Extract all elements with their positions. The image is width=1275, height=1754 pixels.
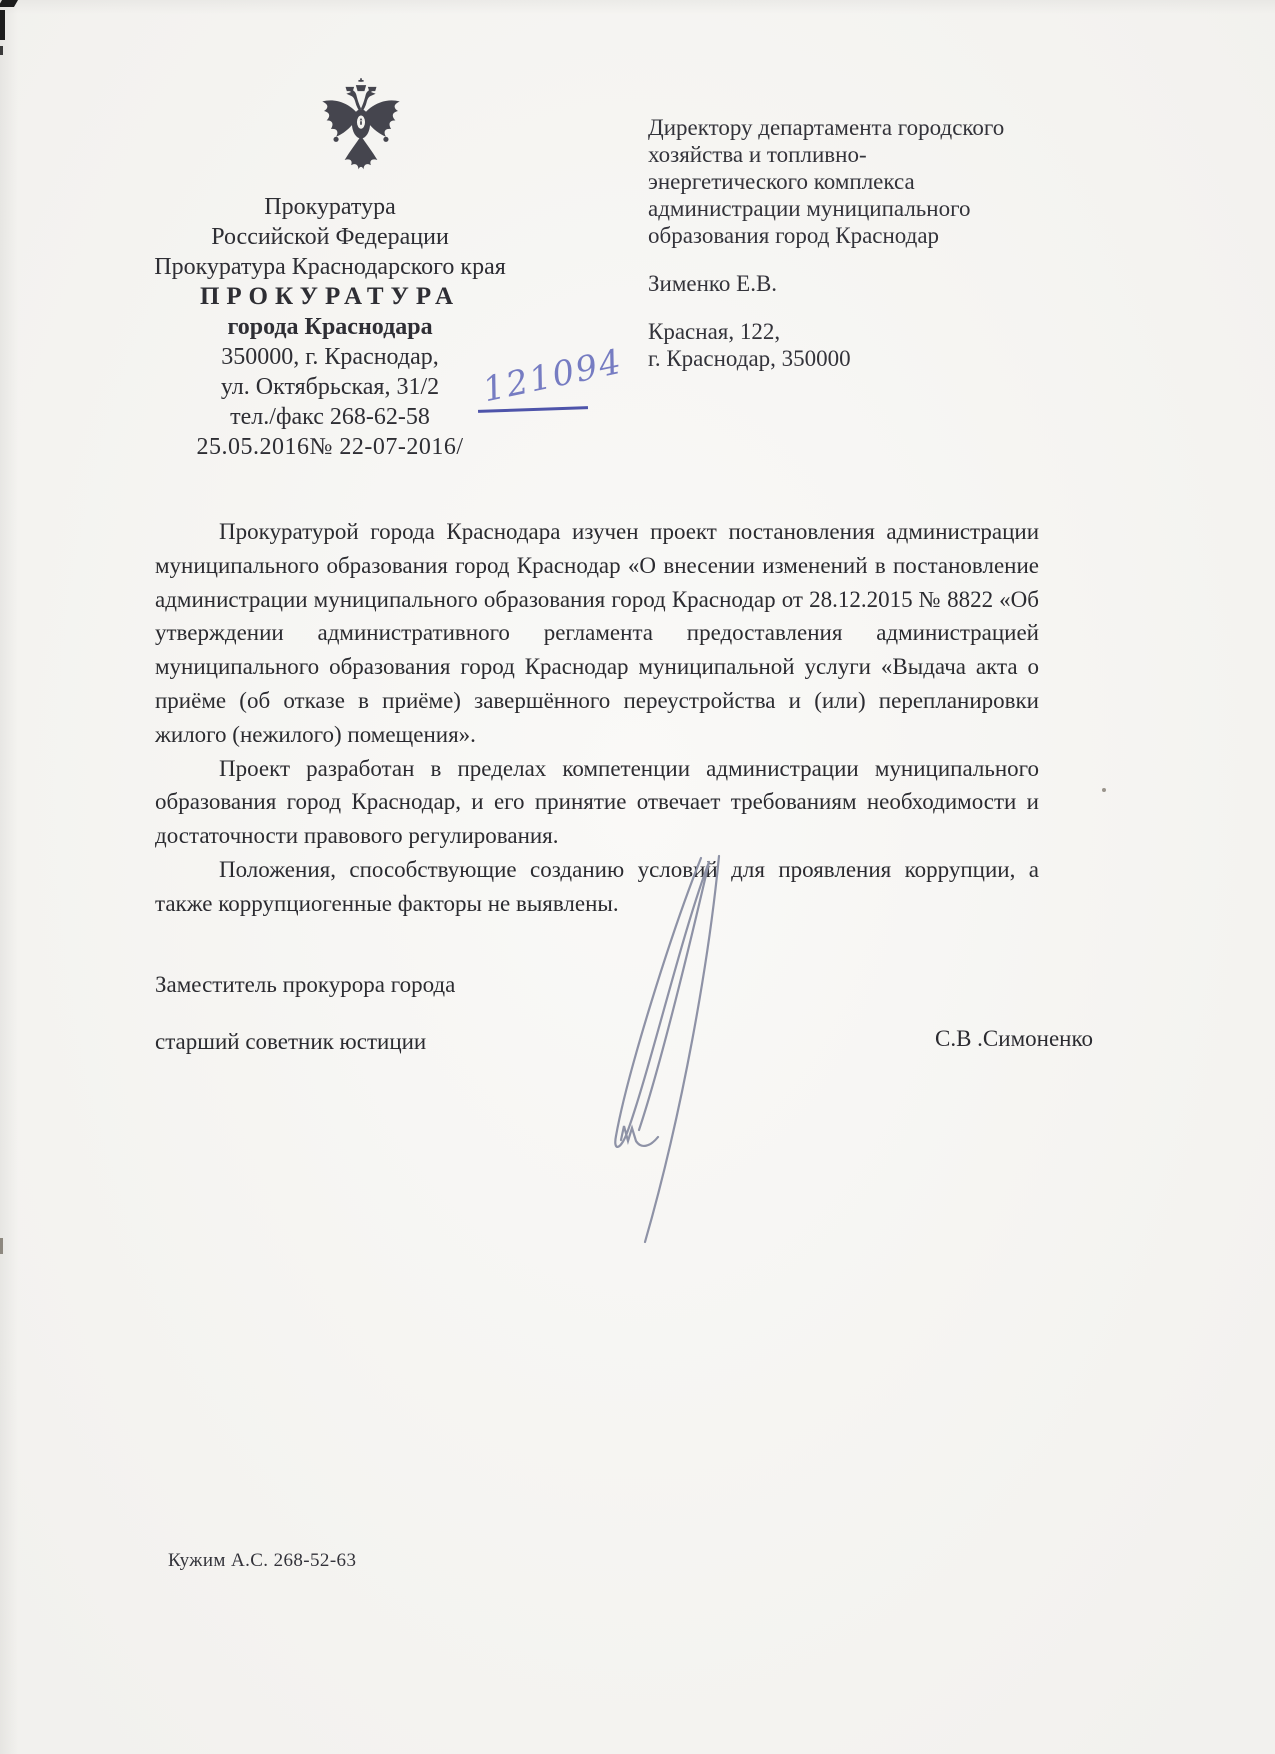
scan-artifact	[0, 1238, 3, 1254]
org-name-sub: города Краснодара	[95, 312, 565, 342]
addressee-street: Красная, 122,	[648, 318, 1068, 345]
org-line-3: Прокуратура Краснодарского края	[95, 252, 565, 282]
body-paragraph-2: Проект разработан в пределах компетенции…	[155, 752, 1039, 853]
executor-contact: Кужим А.С. 268-52-63	[168, 1550, 356, 1572]
addressee-line: Директору департамента городского	[648, 114, 1068, 141]
signer-position-line-1: Заместитель прокурора города	[155, 972, 455, 998]
addressee-block: Директору департамента городского хозяйс…	[648, 114, 1068, 372]
pen-signature-icon	[553, 848, 765, 1252]
addressee-line: энергетического комплекса	[648, 168, 1068, 195]
org-line-1: Прокуратура	[95, 192, 565, 222]
scan-artifact	[0, 0, 18, 7]
scan-artifact	[0, 46, 3, 55]
date-number-line: 25.05.2016№ 22-07-2016/	[95, 432, 565, 462]
scan-artifact	[0, 10, 5, 40]
addressee-line: хозяйства и топливно-	[648, 141, 1068, 168]
body-paragraph-1: Прокуратурой города Краснодара изучен пр…	[155, 515, 1039, 752]
letterhead: Прокуратура Российской Федерации Прокура…	[95, 192, 565, 462]
addressee-name: Зименко Е.В.	[648, 270, 1068, 297]
org-line-2: Российской Федерации	[95, 222, 565, 252]
addressee-line: администрации муниципального	[648, 195, 1068, 222]
scanned-letter-page: Прокуратура Российской Федерации Прокура…	[0, 0, 1275, 1754]
addressee-city: г. Краснодар, 350000	[648, 345, 1068, 372]
russian-coat-of-arms-icon	[318, 72, 404, 186]
signer-name: С.В .Симоненко	[935, 1026, 1093, 1052]
signer-position-line-2: старший советник юстиции	[155, 1029, 455, 1055]
scan-artifact	[1102, 788, 1106, 792]
addressee-line: образования город Краснодар	[648, 222, 1068, 249]
signer-position-block: Заместитель прокурора города старший сов…	[155, 972, 455, 1055]
org-name-caps: ПРОКУРАТУРА	[95, 282, 565, 312]
